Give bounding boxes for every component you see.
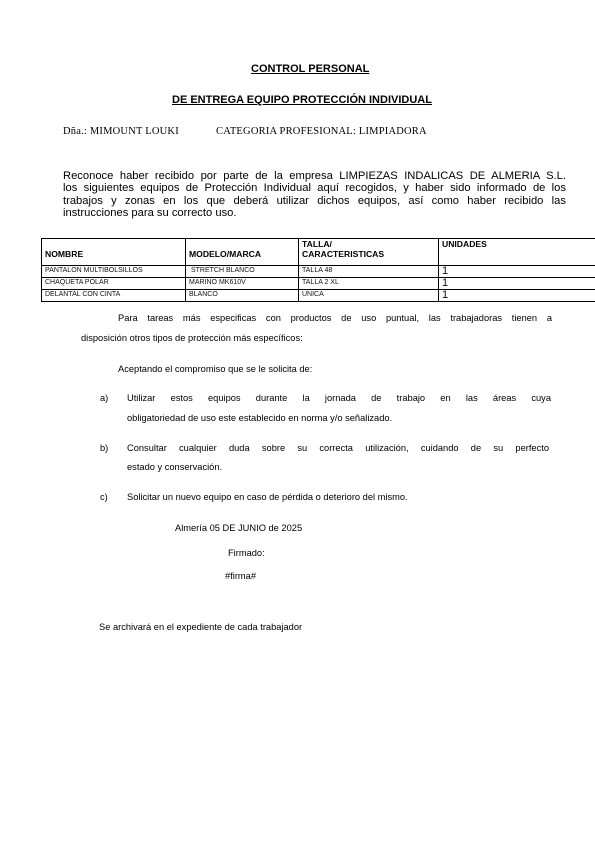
intro-line: trabajos y zonas en los que deberá utili… [63, 195, 566, 207]
archive-note: Se archivará en el expediente de cada tr… [99, 622, 302, 633]
cell-nombre: DELANTAL CON CINTA [42, 290, 186, 302]
intro-paragraph: Reconoce haber recibido por parte de la … [63, 170, 566, 220]
cell-nombre: PANTALON MULTIBOLSILLOS [42, 266, 186, 278]
header-unidades: UNIDADES [439, 239, 595, 266]
specific-tasks-line1: Para tareas más especificas con producto… [118, 313, 552, 324]
commitment-intro: Aceptando el compromiso que se le solici… [118, 364, 312, 375]
header-talla-line1: TALLA/ [302, 239, 435, 249]
ppe-table: NOMBRE MODELO/MARCA TALLA/ CARACTERISTIC… [41, 238, 595, 302]
cell-modelo: MARINO MK610V [186, 278, 299, 290]
cell-talla: TALLA 2 XL [299, 278, 439, 290]
header-talla-caracteristicas: TALLA/ CARACTERISTICAS [299, 239, 439, 266]
cell-unidades: 1 [439, 278, 595, 290]
item-a-line2: obligatoriedad de uso este establecido e… [127, 413, 392, 424]
item-b-letter: b) [100, 443, 108, 454]
header-talla-line2: CARACTERISTICAS [302, 249, 435, 259]
document-subtitle: DE ENTREGA EQUIPO PROTECCIÓN INDIVIDUAL [172, 94, 432, 106]
document-title: CONTROL PERSONAL [251, 63, 369, 75]
table-row: PANTALON MULTIBOLSILLOS STRETCH BLANCO T… [42, 266, 595, 278]
item-c-line1: Solicitar un nuevo equipo en caso de pér… [127, 492, 408, 503]
table-row: CHAQUETA POLAR MARINO MK610V TALLA 2 XL … [42, 278, 595, 290]
intro-line: los siguientes equipos de Protección Ind… [63, 182, 566, 194]
cell-modelo: STRETCH BLANCO [186, 266, 299, 278]
intro-line: instrucciones para su correcto uso. [63, 207, 566, 219]
employee-category: CATEGORIA PROFESIONAL: LIMPIADORA [216, 126, 427, 137]
cell-unidades: 1 [439, 290, 595, 302]
cell-nombre: CHAQUETA POLAR [42, 278, 186, 290]
item-b-line2: estado y conservación. [127, 462, 222, 473]
item-c-letter: c) [100, 492, 108, 503]
header-nombre: NOMBRE [42, 239, 186, 266]
intro-line: Reconoce haber recibido por parte de la … [63, 170, 566, 182]
cell-unidades: 1 [439, 266, 595, 278]
cell-modelo: BLANCO [186, 290, 299, 302]
header-modelo-marca: MODELO/MARCA [186, 239, 299, 266]
table-row: DELANTAL CON CINTA BLANCO UNICA 1 [42, 290, 595, 302]
cell-talla: TALLA 48 [299, 266, 439, 278]
table-header-row: NOMBRE MODELO/MARCA TALLA/ CARACTERISTIC… [42, 239, 595, 266]
item-a-letter: a) [100, 393, 108, 404]
item-b-line1: Consultar cualquier duda sobre su correc… [127, 443, 549, 454]
signed-label: Firmado: [228, 548, 265, 559]
employee-name: Dña.: MIMOUNT LOUKI [63, 126, 179, 137]
specific-tasks-line2: disposición otros tipos de protección má… [81, 333, 303, 344]
signature-placeholder: #firma# [225, 571, 256, 582]
cell-talla: UNICA [299, 290, 439, 302]
item-a-line1: Utilizar estos equipos durante la jornad… [127, 393, 551, 404]
place-date: Almería 05 DE JUNIO de 2025 [175, 523, 302, 534]
